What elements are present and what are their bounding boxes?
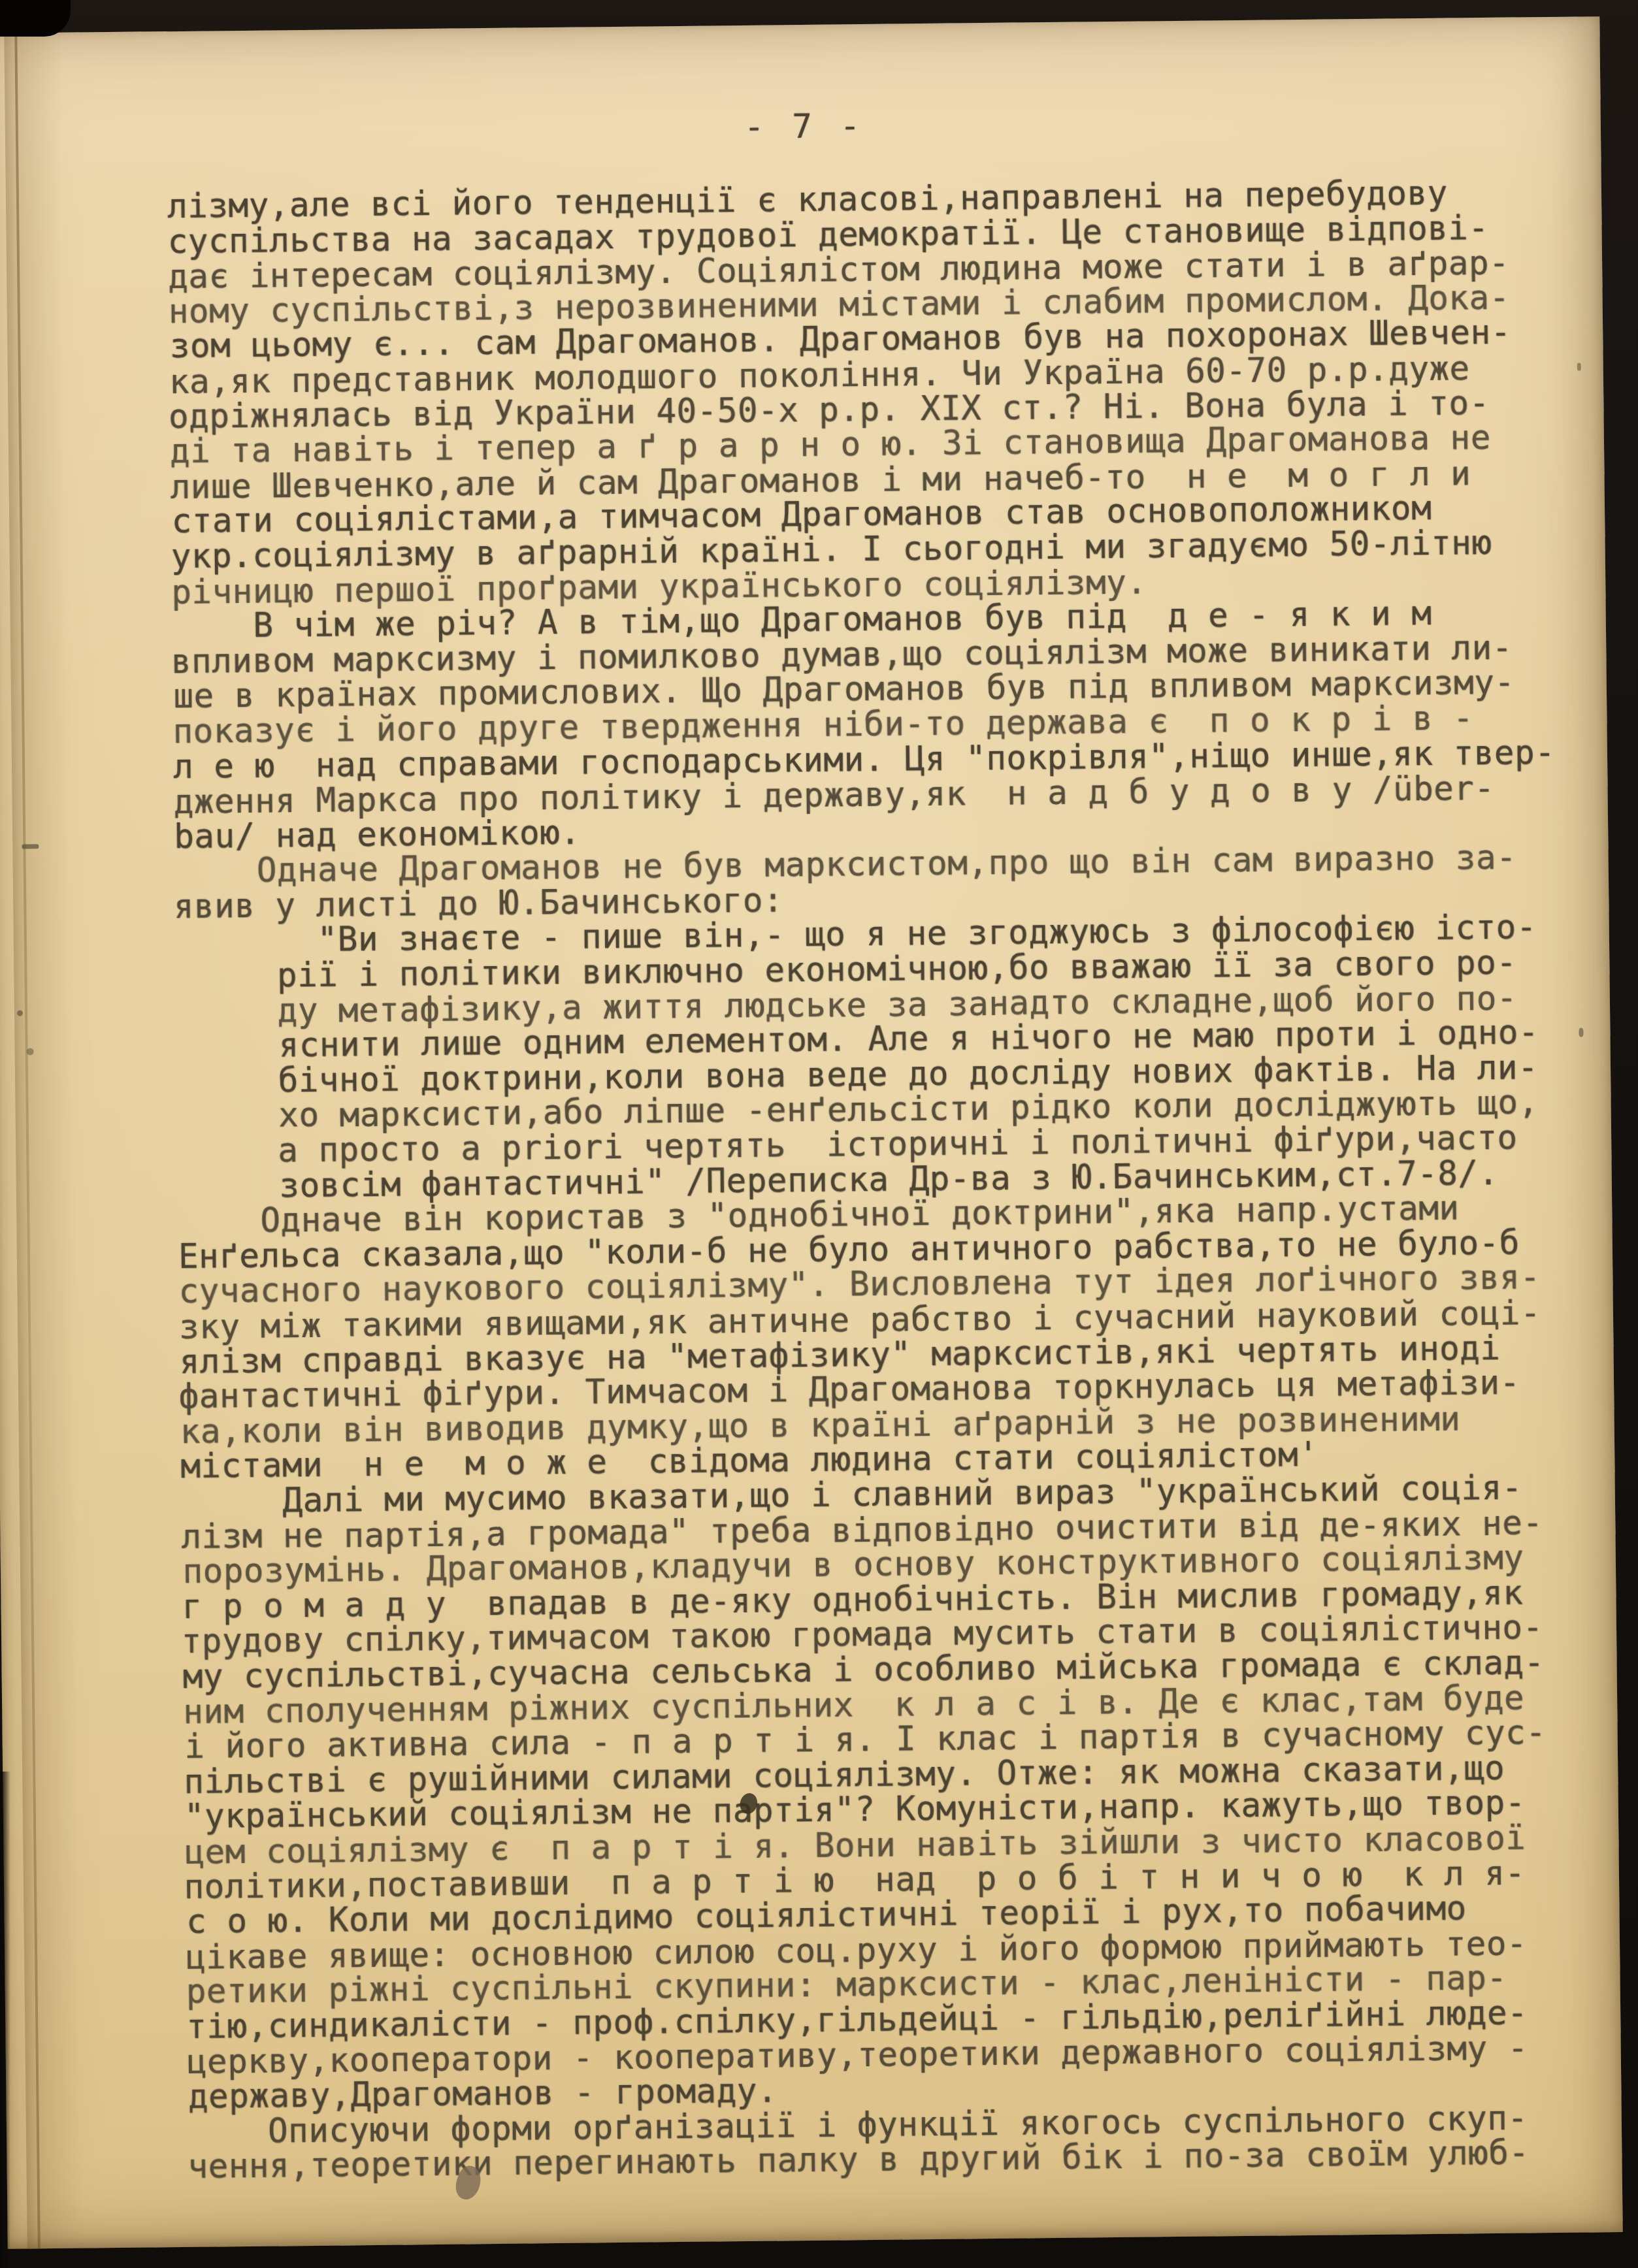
- margin-mark: [22, 844, 39, 849]
- page-number: - 7 -: [744, 101, 1584, 145]
- scan-background: - 7 - лізму,але всі його тенденції є кла…: [0, 0, 1638, 2268]
- margin-mark: [1577, 363, 1581, 370]
- scanner-edge-shadow: [0, 1772, 10, 2268]
- margin-mark: [17, 1011, 23, 1016]
- typewritten-content: - 7 - лізму,але всі його тенденції є кла…: [167, 101, 1606, 2184]
- document-page: - 7 - лізму,але всі його тенденції є кла…: [0, 16, 1623, 2249]
- text-lines: лізму,але всі його тенденції є класові,н…: [167, 174, 1606, 2184]
- margin-mark: [27, 1048, 34, 1055]
- scanner-corner-shadow: [0, 0, 71, 37]
- margin-mark: [1579, 1028, 1583, 1037]
- page-gutter-shading: [4, 33, 86, 2249]
